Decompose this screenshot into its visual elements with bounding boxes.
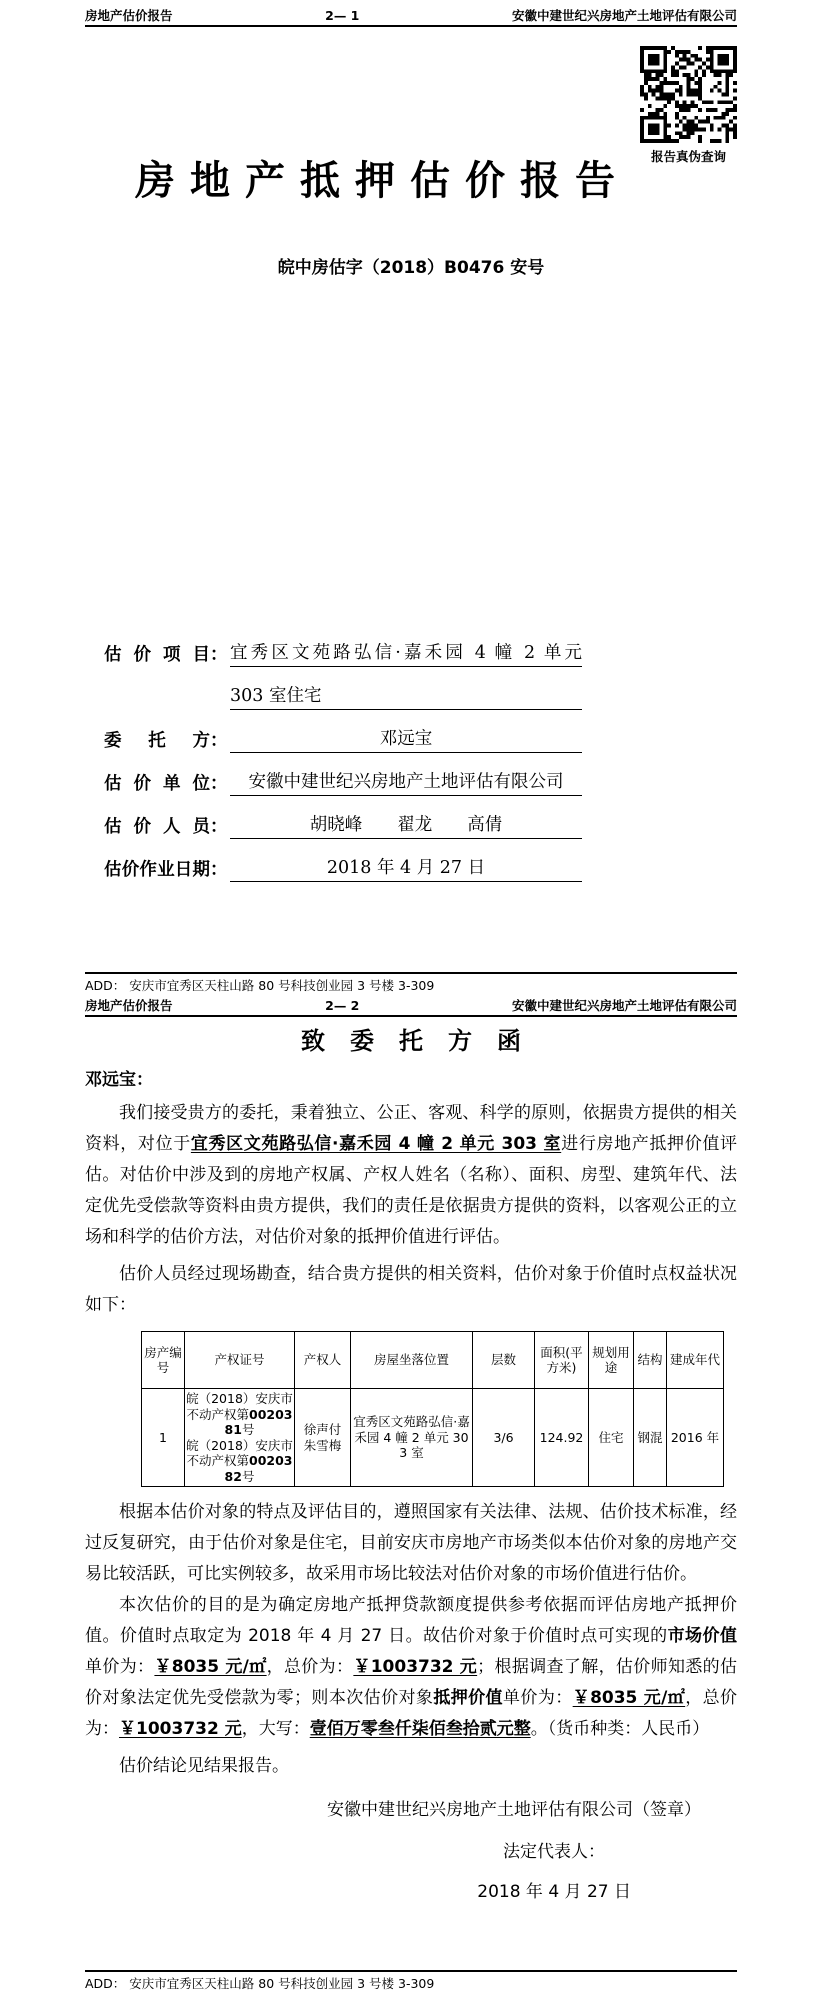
para4-text-3: ，总价为： [267,1657,354,1677]
para4-unit-price-1: ￥8035 元/㎡ [154,1657,266,1677]
page2-header-right: 安徽中建世纪兴房地产土地评估有限公司 [512,998,737,1013]
field-staff-label: 估价人员 [104,816,210,839]
page1-header: 房地产估价报告 2— 1 安徽中建世纪兴房地产土地评估有限公司 [85,8,737,27]
field-agency-value: 安徽中建世纪兴房地产土地评估有限公司 [230,771,582,796]
page2-footer-address: ADD： 安庆市宜秀区天柱山路 80 号科技创业园 3 号楼 3-309 [85,1976,434,1991]
para1-property: 宜秀区文苑路弘信·嘉禾园 4 幢 2 单元 303 室 [191,1134,561,1154]
col-property-no: 房产编号 [142,1332,185,1389]
col-cert-no: 产权证号 [185,1332,295,1389]
para4-text-7: ，大写： [242,1719,310,1739]
cell-year: 2016 年 [667,1389,724,1487]
qr-block: 报告真伪查询 [640,46,737,165]
cell-location: 宜秀区文苑路弘信·嘉禾园 4 幢 2 单元 303 室 [351,1389,473,1487]
para4-market-value-term: 市场价值 [668,1626,737,1646]
letter-paragraph-2: 估价人员经过现场勘查，结合贵方提供的相关资料，估价对象于价值时点权益状况如下： [85,1259,737,1321]
col-area: 面积(平方米) [535,1332,589,1389]
col-floors: 层数 [473,1332,535,1389]
col-owner: 产权人 [295,1332,351,1389]
letter-paragraph-3: 根据本估价对象的特点及评估目的，遵照国家有关法律、法规、估价技术标准，经过反复研… [85,1497,737,1590]
para4-text-5: 单价为： [503,1688,573,1708]
para4-text-1: 本次估价的目的是为确定房地产抵押贷款额度提供参考依据而评估房地产抵押价值。价值时… [85,1595,737,1646]
report-title: 房地产抵押估价报告 [85,150,665,212]
field-client: 委托方 ： 邓远宝 [104,728,582,753]
letter-title: 致委托方函 [85,1024,737,1058]
field-date-colon: ： [210,859,230,882]
cell-structure: 钢混 [634,1389,667,1487]
field-client-colon: ： [210,730,230,753]
cert-2: 皖（2018）安庆市不动产权第0020382号 [186,1438,293,1485]
field-agency-colon: ： [210,773,230,796]
signature-company: 安徽中建世纪兴房地产土地评估有限公司（签章） [85,1798,737,1822]
page2-header-page-number: 2— 2 [325,998,359,1013]
signature-legal-rep: 法定代表人： [85,1840,737,1864]
para4-text-2: 单价为： [85,1657,154,1677]
cell-property-no: 1 [142,1389,185,1487]
para4-unit-price-2: ￥8035 元/㎡ [573,1688,686,1708]
letter-paragraph-1: 我们接受贵方的委托，秉着独立、公正、客观、科学的原则，依据贵方提供的相关资料，对… [85,1098,737,1253]
field-client-label: 委托方 [104,730,210,753]
page1-footer: ADD： 安庆市宜秀区天柱山路 80 号科技创业园 3 号楼 3-309 [85,972,737,993]
col-year: 建成年代 [667,1332,724,1389]
field-agency: 估价单位 ： 安徽中建世纪兴房地产土地评估有限公司 [104,771,582,796]
col-structure: 结构 [634,1332,667,1389]
field-project-colon: ： [210,644,230,667]
page2-header-left: 房地产估价报告 [85,998,173,1013]
cell-use: 住宅 [589,1389,634,1487]
col-use: 规划用途 [589,1332,634,1389]
para4-amount-in-words: 壹佰万零叁仟柒佰叁拾贰元整 [310,1719,531,1739]
field-date: 估价作业日期 ： 2018 年 4 月 27 日 [104,857,582,882]
field-client-value: 邓远宝 [230,728,582,753]
field-staff-colon: ： [210,816,230,839]
appraisal-table: 房产编号 产权证号 产权人 房屋坐落位置 层数 面积(平方米) 规划用途 结构 … [141,1331,724,1487]
cell-area: 124.92 [535,1389,589,1487]
cell-cert-no: 皖（2018）安庆市不动产权第0020381号 皖（2018）安庆市不动产权第0… [185,1389,295,1487]
field-project-line1: 估价项目 ： 宜秀区文苑路弘信·嘉禾园 4 幢 2 单元 [104,642,582,667]
cert-1: 皖（2018）安庆市不动产权第0020381号 [186,1391,293,1438]
field-date-label: 估价作业日期 [104,859,210,882]
page2-footer: ADD： 安庆市宜秀区天柱山路 80 号科技创业园 3 号楼 3-309 [85,1970,737,1991]
cert-1-suffix: 号 [242,1422,255,1437]
page1-header-page-number: 2— 1 [325,8,359,23]
field-staff: 估价人员 ： 胡晓峰 翟龙 高倩 [104,814,582,839]
qr-code [640,46,737,143]
field-date-value: 2018 年 4 月 27 日 [230,857,582,882]
field-agency-label: 估价单位 [104,773,210,796]
letter-paragraph-4: 本次估价的目的是为确定房地产抵押贷款额度提供参考依据而评估房地产抵押价值。价值时… [85,1590,737,1745]
page1-header-right: 安徽中建世纪兴房地产土地评估有限公司 [512,8,737,23]
page1-header-left: 房地产估价报告 [85,8,173,23]
page2-header: 房地产估价报告 2— 2 安徽中建世纪兴房地产土地评估有限公司 [85,998,737,1017]
owner-name-2: 朱雪梅 [296,1438,349,1454]
cell-floors: 3/6 [473,1389,535,1487]
para4-mortgage-value-term: 抵押价值 [433,1688,503,1708]
table-row: 1 皖（2018）安庆市不动产权第0020381号 皖（2018）安庆市不动产权… [142,1389,724,1487]
para4-text-8: 。（货币种类：人民币） [531,1719,710,1739]
letter-body: 致委托方函 邓远宝： 我们接受贵方的委托，秉着独立、公正、客观、科学的原则，依据… [85,1024,737,1904]
cover-form: 估价项目 ： 宜秀区文苑路弘信·嘉禾园 4 幢 2 单元 303 室住宅 委托方… [104,642,582,900]
field-project-value-line2: 303 室住宅 [230,685,582,710]
field-project-label: 估价项目 [104,644,210,667]
field-staff-value: 胡晓峰 翟龙 高倩 [230,814,582,839]
cert-2-suffix: 号 [242,1469,255,1484]
letter-paragraph-5: 估价结论见结果报告。 [85,1751,737,1782]
table-header-row: 房产编号 产权证号 产权人 房屋坐落位置 层数 面积(平方米) 规划用途 结构 … [142,1332,724,1389]
signature-date: 2018 年 4 月 27 日 [85,1880,737,1904]
col-location: 房屋坐落位置 [351,1332,473,1389]
field-project-value-line1: 宜秀区文苑路弘信·嘉禾园 4 幢 2 单元 [230,642,582,667]
cell-owner: 徐声付 朱雪梅 [295,1389,351,1487]
para4-total-price-1: ￥1003732 元 [353,1657,477,1677]
para4-total-price-2: ￥1003732 元 [119,1719,242,1739]
page1-footer-address: ADD： 安庆市宜秀区天柱山路 80 号科技创业园 3 号楼 3-309 [85,978,434,993]
letter-salutation: 邓远宝： [85,1068,737,1092]
owner-name-1: 徐声付 [296,1422,349,1438]
field-project-line2: 303 室住宅 [104,685,582,710]
report-doc-number: 皖中房估字（2018）B0476 安号 [85,253,737,278]
